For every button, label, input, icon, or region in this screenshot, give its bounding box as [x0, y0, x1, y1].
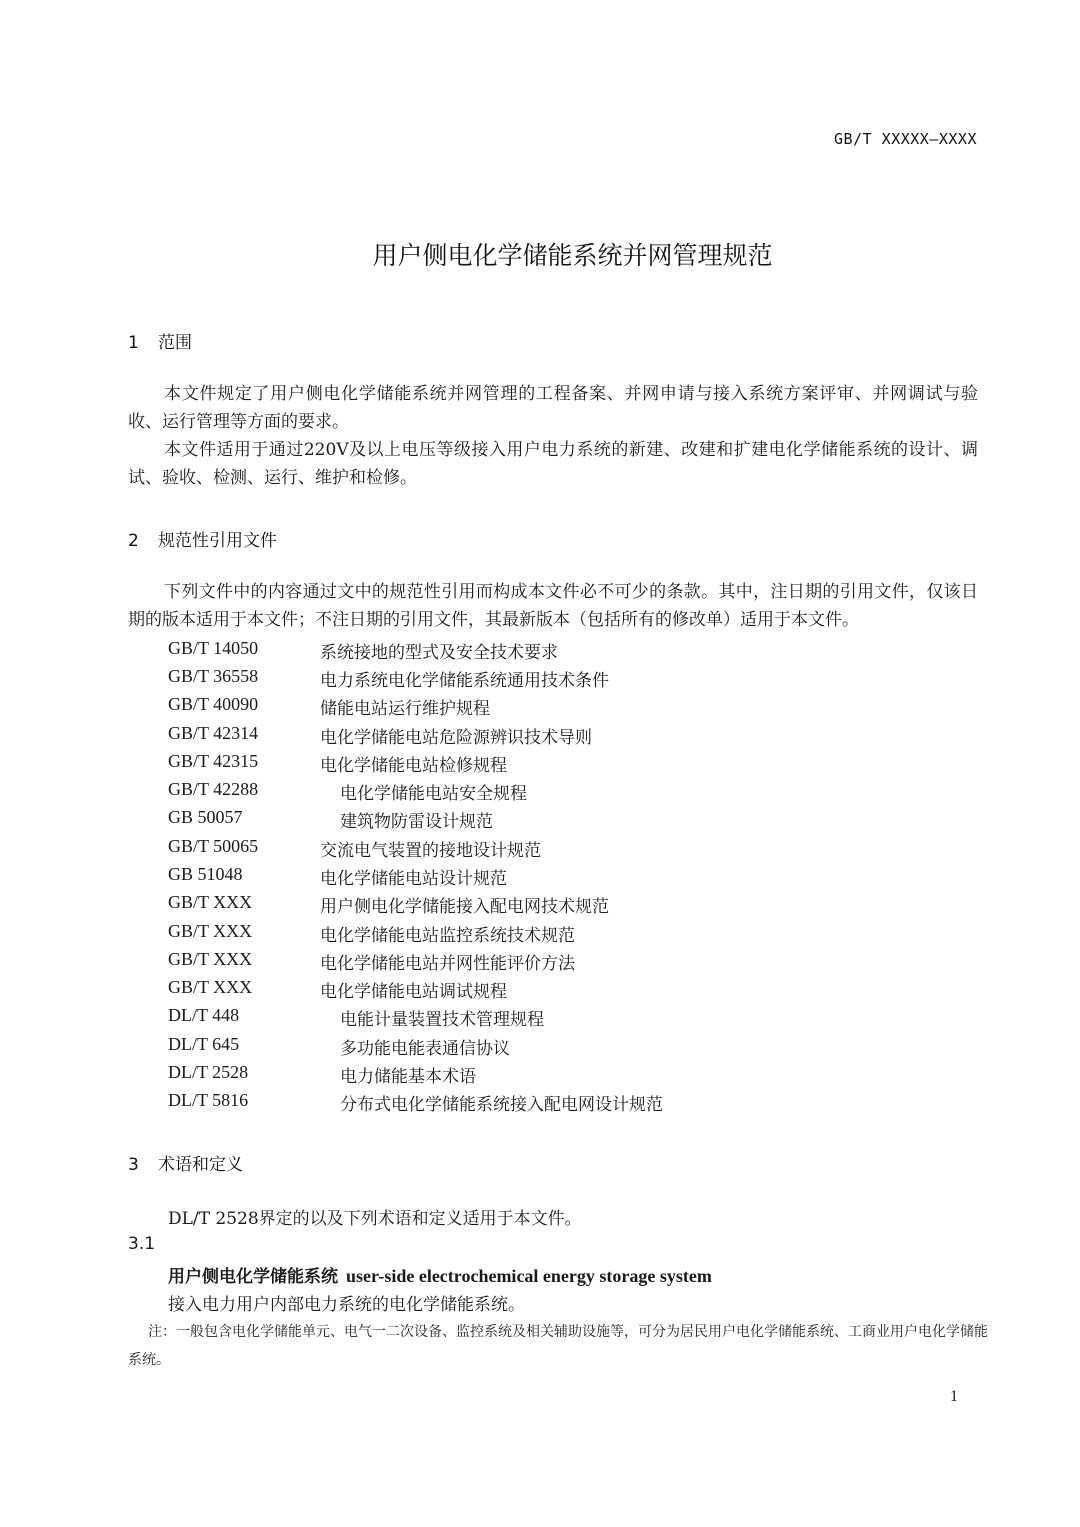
reference-code: GB/T XXX	[168, 977, 252, 998]
reference-title: 电力储能基本术语	[340, 1062, 476, 1087]
term-en: user-side electrochemical energy storage…	[346, 1266, 712, 1286]
reference-title: 电能计量装置技术管理规程	[340, 1005, 544, 1030]
reference-code: DL/T 448	[168, 1005, 239, 1026]
reference-code: DL/T 2528	[168, 1062, 248, 1083]
scope-paragraph-1: 本文件规定了用户侧电化学储能系统并网管理的工程备案、并网申请与接入系统方案评审、…	[128, 380, 978, 436]
reference-title: 储能电站运行维护规程	[320, 694, 490, 719]
reference-code: GB/T 36558	[168, 666, 258, 687]
reference-title: 电化学储能电站调试规程	[320, 977, 507, 1002]
reference-title: 分布式电化学储能系统接入配电网设计规范	[340, 1090, 663, 1115]
reference-code: GB/T 42314	[168, 723, 258, 744]
section-number: 1	[128, 333, 158, 353]
reference-code: DL/T 645	[168, 1034, 239, 1055]
section-title: 术语和定义	[158, 1155, 243, 1175]
term-zh: 用户侧电化学储能系统	[168, 1267, 338, 1287]
reference-title: 建筑物防雷设计规范	[340, 807, 493, 832]
reference-code: GB/T XXX	[168, 921, 252, 942]
reference-title: 电化学储能电站危险源辨识技术导则	[320, 723, 592, 748]
reference-code: GB/T 40090	[168, 694, 258, 715]
term-number: 3.1	[128, 1234, 155, 1254]
document-page: GB/T XXXXX—XXXX 用户侧电化学储能系统并网管理规范 1范围 本文件…	[0, 0, 1080, 1527]
section-number: 3	[128, 1155, 158, 1175]
reference-title: 交流电气装置的接地设计规范	[320, 836, 541, 861]
terms-intro: DL/T 2528界定的以及下列术语和定义适用于本文件。	[168, 1204, 582, 1229]
section-heading-normative-references: 2规范性引用文件	[128, 526, 277, 551]
document-title: 用户侧电化学储能系统并网管理规范	[0, 236, 1080, 272]
reference-code: GB/T XXX	[168, 892, 252, 913]
term-definition: 接入电力用户内部电力系统的电化学储能系统。	[168, 1290, 525, 1315]
reference-code: GB 50057	[168, 807, 243, 828]
reference-code: GB 51048	[168, 864, 243, 885]
reference-title: 系统接地的型式及安全技术要求	[320, 638, 558, 663]
section-title: 规范性引用文件	[158, 531, 277, 551]
references-intro: 下列文件中的内容通过文中的规范性引用而构成本文件必不可少的条款。其中，注日期的引…	[128, 578, 978, 634]
reference-code: GB/T 42315	[168, 751, 258, 772]
page-number: 1	[950, 1388, 958, 1406]
term-heading: 用户侧电化学储能系统user-side electrochemical ener…	[168, 1262, 712, 1287]
section-title: 范围	[158, 333, 192, 353]
term-note: 注：一般包含电化学储能单元、电气一二次设备、监控系统及相关辅助设施等，可分为居民…	[128, 1318, 988, 1374]
reference-code: GB/T XXX	[168, 949, 252, 970]
section-heading-terms: 3术语和定义	[128, 1150, 243, 1175]
reference-code: DL/T 5816	[168, 1090, 248, 1111]
reference-title: 电化学储能电站监控系统技术规范	[320, 921, 575, 946]
section-number: 2	[128, 531, 158, 551]
reference-code: GB/T 50065	[168, 836, 258, 857]
reference-title: 电化学储能电站设计规范	[320, 864, 507, 889]
reference-code: GB/T 14050	[168, 638, 258, 659]
reference-title: 电化学储能电站检修规程	[320, 751, 507, 776]
reference-title: 用户侧电化学储能接入配电网技术规范	[320, 892, 609, 917]
reference-title: 电化学储能电站并网性能评价方法	[320, 949, 575, 974]
reference-code: GB/T 42288	[168, 779, 258, 800]
reference-title: 电化学储能电站安全规程	[340, 779, 527, 804]
document-code: GB/T XXXXX—XXXX	[834, 130, 977, 148]
scope-paragraph-2: 本文件适用于通过220V及以上电压等级接入用户电力系统的新建、改建和扩建电化学储…	[128, 436, 978, 492]
reference-title: 电力系统电化学储能系统通用技术条件	[320, 666, 609, 691]
reference-title: 多功能电能表通信协议	[340, 1034, 510, 1059]
section-heading-scope: 1范围	[128, 328, 192, 353]
